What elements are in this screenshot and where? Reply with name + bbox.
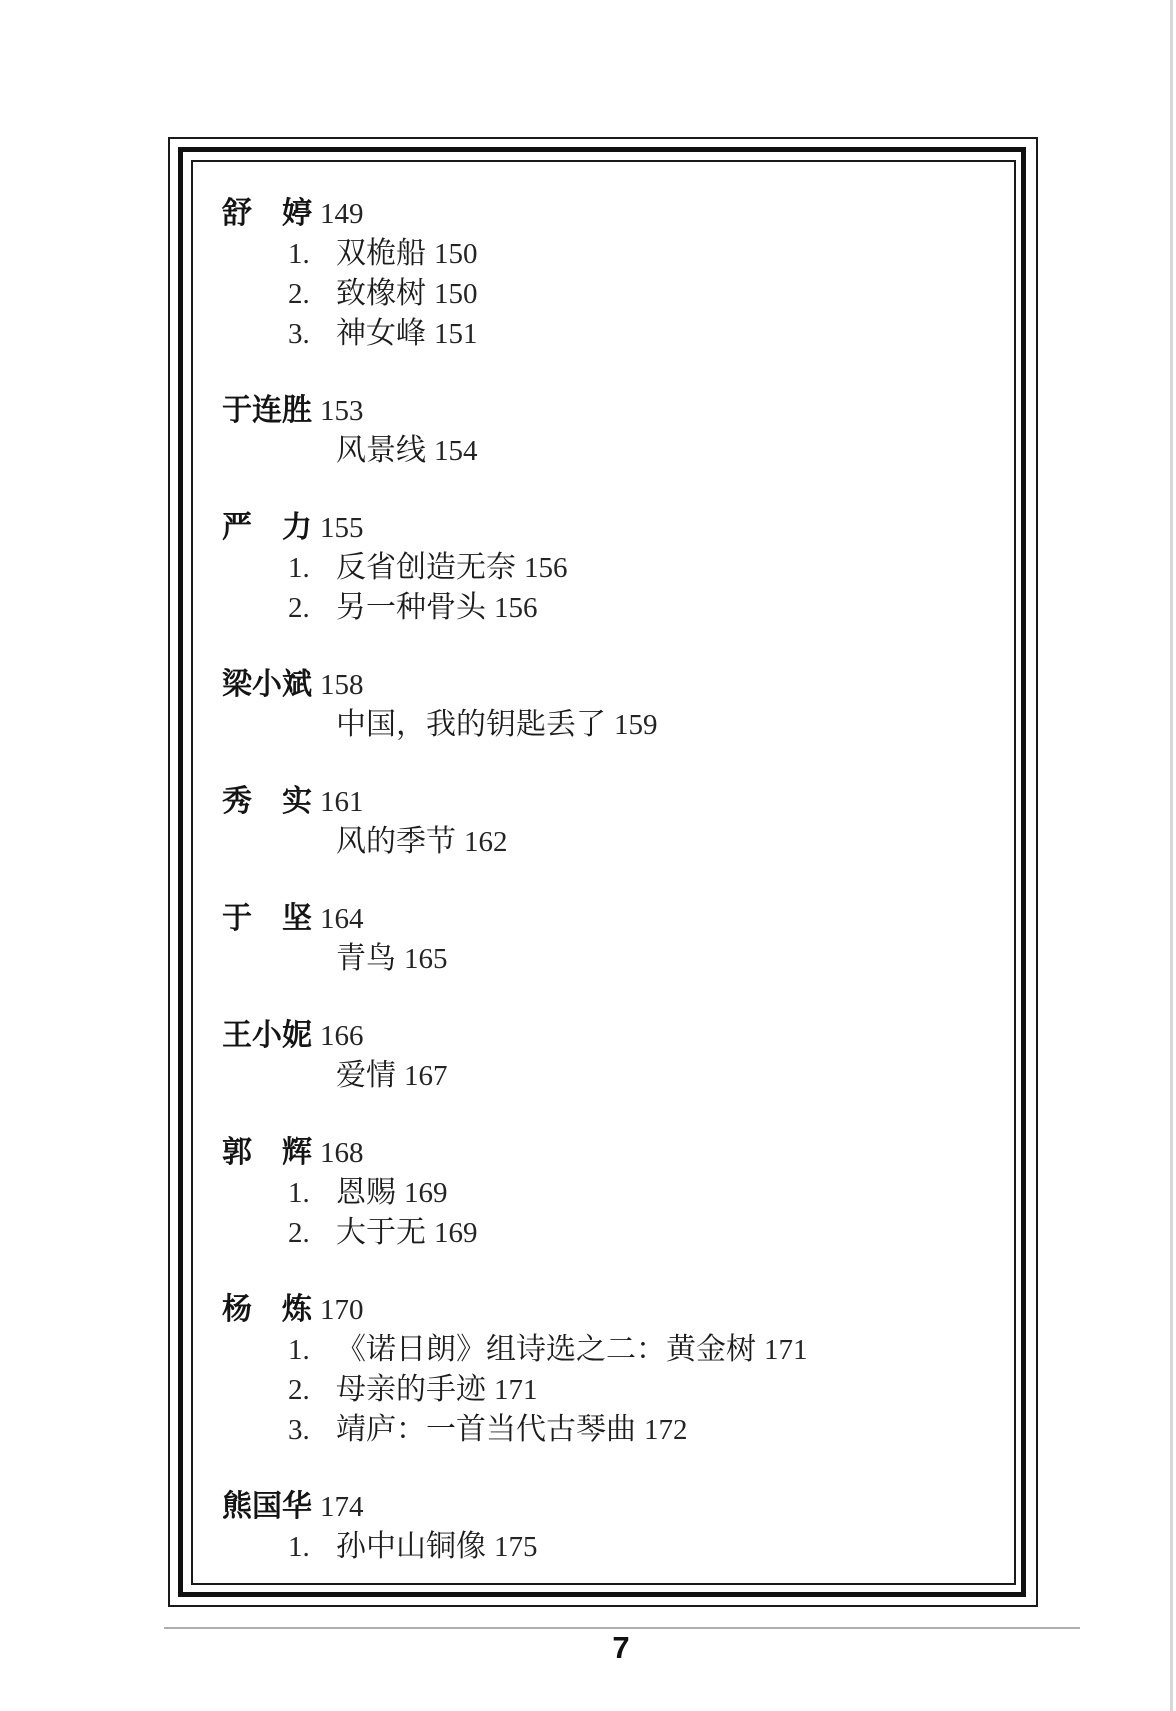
poem-title: 致橡树 bbox=[336, 277, 426, 310]
author-page-number: 166 bbox=[320, 1020, 364, 1052]
author-name: 秀 实 bbox=[222, 785, 312, 818]
poem-line: 3.神女峰151 bbox=[222, 314, 1002, 354]
poem-line: 风的季节162 bbox=[222, 822, 1002, 862]
poem-number: 1. bbox=[288, 1330, 336, 1370]
author-line: 王小妮166 bbox=[222, 1016, 1002, 1056]
poem-page-number: 154 bbox=[434, 435, 478, 467]
author-line: 秀 实161 bbox=[222, 782, 1002, 822]
toc-section: 于连胜153 风景线154 bbox=[222, 391, 1002, 471]
poem-title: 反省创造无奈 bbox=[336, 551, 516, 584]
author-page-number: 170 bbox=[320, 1294, 364, 1326]
toc-section: 熊国华174 1.孙中山铜像175 bbox=[222, 1487, 1002, 1567]
toc-section: 郭 辉168 1.恩赐169 2.大于无169 bbox=[222, 1133, 1002, 1253]
poem-line: 1.恩赐169 bbox=[222, 1173, 1002, 1213]
poem-number: 3. bbox=[288, 1410, 336, 1450]
toc-section: 杨 炼170 1.《诺日朗》组诗选之二：黄金树171 2.母亲的手迹171 3.… bbox=[222, 1290, 1002, 1450]
toc-section: 舒 婷149 1.双桅船150 2.致橡树150 3.神女峰151 bbox=[222, 194, 1002, 354]
toc-section: 秀 实161 风的季节162 bbox=[222, 782, 1002, 862]
poem-page-number: 156 bbox=[524, 552, 568, 584]
author-line: 严 力155 bbox=[222, 508, 1002, 548]
poem-line: 2.大于无169 bbox=[222, 1213, 1002, 1253]
poem-title: 爱情 bbox=[336, 1059, 396, 1092]
poem-line: 1.反省创造无奈156 bbox=[222, 548, 1002, 588]
poem-title: 孙中山铜像 bbox=[336, 1530, 486, 1563]
author-page-number: 149 bbox=[320, 198, 364, 230]
poem-title: 另一种骨头 bbox=[336, 591, 486, 624]
poem-line: 2.母亲的手迹171 bbox=[222, 1370, 1002, 1410]
author-line: 梁小斌158 bbox=[222, 665, 1002, 705]
author-line: 于连胜153 bbox=[222, 391, 1002, 431]
poem-line: 3.靖庐：一首当代古琴曲172 bbox=[222, 1410, 1002, 1450]
poem-page-number: 171 bbox=[764, 1334, 808, 1366]
poem-line: 1.孙中山铜像175 bbox=[222, 1527, 1002, 1567]
author-line: 舒 婷149 bbox=[222, 194, 1002, 234]
poem-page-number: 169 bbox=[434, 1217, 478, 1249]
author-name: 梁小斌 bbox=[222, 668, 312, 701]
poem-page-number: 156 bbox=[494, 592, 538, 624]
poem-number: 1. bbox=[288, 234, 336, 274]
author-line: 熊国华174 bbox=[222, 1487, 1002, 1527]
poem-page-number: 171 bbox=[494, 1374, 538, 1406]
poem-number: 2. bbox=[288, 1213, 336, 1253]
author-page-number: 153 bbox=[320, 395, 364, 427]
author-name: 王小妮 bbox=[222, 1019, 312, 1052]
scan-edge-line bbox=[1170, 0, 1173, 1711]
author-page-number: 158 bbox=[320, 669, 364, 701]
poem-page-number: 162 bbox=[464, 826, 508, 858]
poem-line: 2.另一种骨头156 bbox=[222, 588, 1002, 628]
poem-page-number: 150 bbox=[434, 278, 478, 310]
poem-page-number: 151 bbox=[434, 318, 478, 350]
author-name: 于连胜 bbox=[222, 394, 312, 427]
poem-title: 大于无 bbox=[336, 1216, 426, 1249]
author-page-number: 168 bbox=[320, 1137, 364, 1169]
author-name: 于 坚 bbox=[222, 902, 312, 935]
poem-title: 母亲的手迹 bbox=[336, 1373, 486, 1406]
poem-page-number: 169 bbox=[404, 1177, 448, 1209]
poem-title: 双桅船 bbox=[336, 237, 426, 270]
poem-line: 青鸟165 bbox=[222, 939, 1002, 979]
poem-line: 爱情167 bbox=[222, 1056, 1002, 1096]
poem-number: 2. bbox=[288, 274, 336, 314]
poem-number: 2. bbox=[288, 1370, 336, 1410]
author-page-number: 164 bbox=[320, 903, 364, 935]
poem-title: 恩赐 bbox=[336, 1176, 396, 1209]
poem-page-number: 165 bbox=[404, 943, 448, 975]
poem-line: 中国，我的钥匙丢了159 bbox=[222, 705, 1002, 745]
author-name: 郭 辉 bbox=[222, 1136, 312, 1169]
page-number: 7 bbox=[589, 1630, 653, 1666]
toc-section: 严 力155 1.反省创造无奈156 2.另一种骨头156 bbox=[222, 508, 1002, 628]
poem-title: 风的季节 bbox=[336, 825, 456, 858]
author-name: 杨 炼 bbox=[222, 1293, 312, 1326]
poem-number: 1. bbox=[288, 548, 336, 588]
author-line: 郭 辉168 bbox=[222, 1133, 1002, 1173]
poem-number: 3. bbox=[288, 314, 336, 354]
author-page-number: 161 bbox=[320, 786, 364, 818]
poem-line: 风景线154 bbox=[222, 431, 1002, 471]
toc-section: 王小妮166 爱情167 bbox=[222, 1016, 1002, 1096]
author-page-number: 174 bbox=[320, 1491, 364, 1523]
poem-title: 中国，我的钥匙丢了 bbox=[336, 708, 606, 741]
poem-page-number: 150 bbox=[434, 238, 478, 270]
poem-number: 1. bbox=[288, 1173, 336, 1213]
poem-line: 1.《诺日朗》组诗选之二：黄金树171 bbox=[222, 1330, 1002, 1370]
author-name: 严 力 bbox=[222, 511, 312, 544]
author-line: 杨 炼170 bbox=[222, 1290, 1002, 1330]
poem-number: 2. bbox=[288, 588, 336, 628]
table-of-contents: 舒 婷149 1.双桅船150 2.致橡树150 3.神女峰151 于连胜153… bbox=[222, 194, 1002, 1567]
poem-title: 神女峰 bbox=[336, 317, 426, 350]
poem-title: 青鸟 bbox=[336, 942, 396, 975]
author-name: 熊国华 bbox=[222, 1490, 312, 1523]
poem-number: 1. bbox=[288, 1527, 336, 1567]
poem-line: 2.致橡树150 bbox=[222, 274, 1002, 314]
toc-section: 梁小斌158 中国，我的钥匙丢了159 bbox=[222, 665, 1002, 745]
author-line: 于 坚164 bbox=[222, 899, 1002, 939]
author-name: 舒 婷 bbox=[222, 197, 312, 230]
poem-page-number: 159 bbox=[614, 709, 658, 741]
poem-page-number: 172 bbox=[644, 1414, 688, 1446]
footer-divider bbox=[164, 1627, 1080, 1629]
poem-title: 靖庐：一首当代古琴曲 bbox=[336, 1413, 636, 1446]
poem-title: 《诺日朗》组诗选之二：黄金树 bbox=[336, 1333, 756, 1366]
poem-line: 1.双桅船150 bbox=[222, 234, 1002, 274]
toc-section: 于 坚164 青鸟165 bbox=[222, 899, 1002, 979]
poem-title: 风景线 bbox=[336, 434, 426, 467]
author-page-number: 155 bbox=[320, 512, 364, 544]
poem-page-number: 175 bbox=[494, 1531, 538, 1563]
poem-page-number: 167 bbox=[404, 1060, 448, 1092]
